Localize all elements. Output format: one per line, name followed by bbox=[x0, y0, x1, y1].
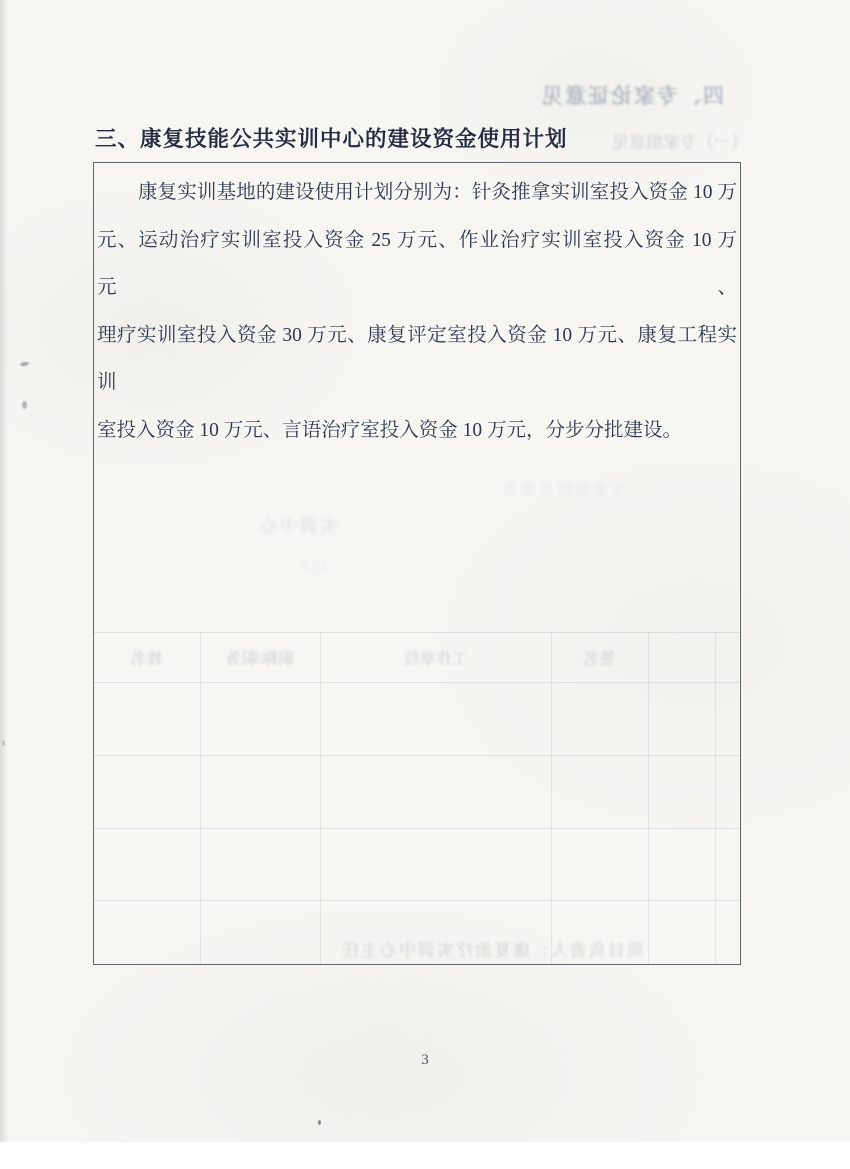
scanned-document-page: 四、专家论证意见 （一）专家组意见 实训中心 （二） 专家组组长签名 项目负责人… bbox=[0, 0, 850, 1169]
scan-speck bbox=[318, 1120, 321, 1125]
scan-speck bbox=[20, 361, 30, 367]
content-border-box: 康复实训基地的建设使用计划分别为：针灸推拿实训室投入资金 10 万 元、运动治疗… bbox=[93, 162, 741, 965]
scan-edge-shadow bbox=[0, 0, 8, 1145]
fund-plan-paragraph: 康复实训基地的建设使用计划分别为：针灸推拿实训室投入资金 10 万 元、运动治疗… bbox=[97, 169, 737, 455]
paragraph-line: 元、运动治疗实训室投入资金 25 万元、作业治疗实训室投入资金 10 万元、 bbox=[97, 217, 737, 312]
scan-bottom-strip bbox=[0, 1142, 850, 1169]
ghost-reverse-heading: 四、专家论证意见 bbox=[540, 80, 724, 110]
page-number: 3 bbox=[410, 1052, 440, 1069]
paragraph-line: 室投入资金 10 万元、言语治疗室投入资金 10 万元，分步分批建设。 bbox=[97, 407, 737, 455]
paragraph-line: 康复实训基地的建设使用计划分别为：针灸推拿实训室投入资金 10 万 bbox=[97, 169, 737, 217]
scan-speck bbox=[22, 401, 27, 409]
paragraph-line: 理疗实训室投入资金 30 万元、康复评定室投入资金 10 万元、康复工程实训 bbox=[97, 312, 737, 407]
section-title: 三、康复技能公共实训中心的建设资金使用计划 bbox=[95, 122, 615, 153]
ghost-reverse-subheading: （一）专家组意见 bbox=[612, 128, 748, 153]
